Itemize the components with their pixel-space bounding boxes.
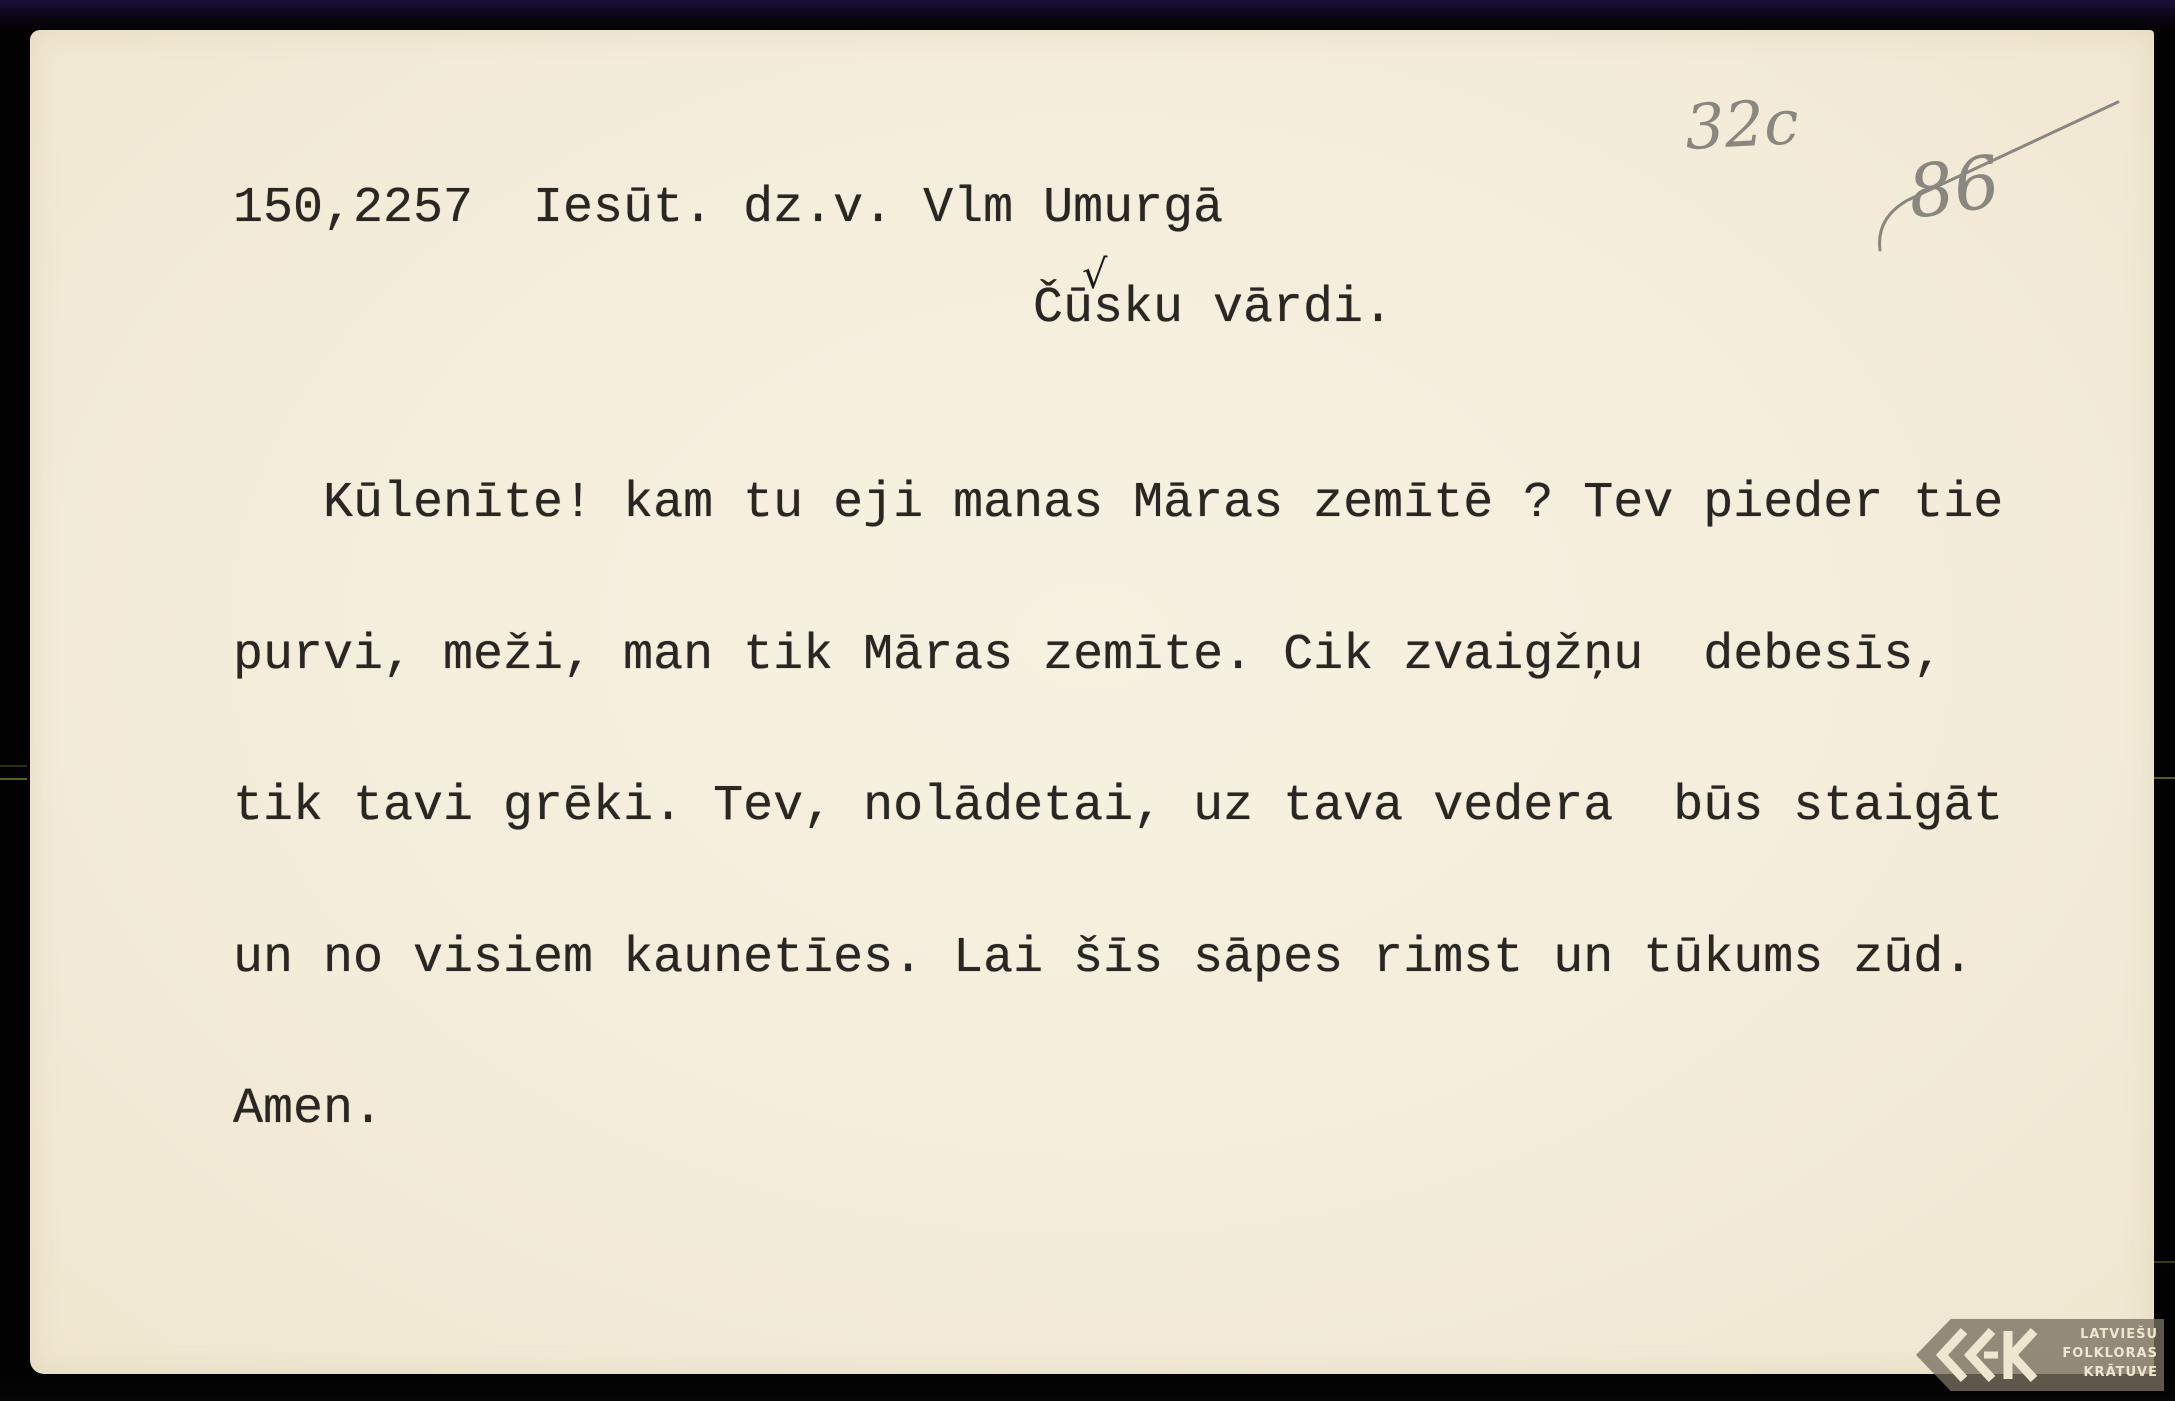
body-line: tik tavi grēki. Tev, nolādetai, uz tava … [233,782,2003,833]
body-line: un no visiem kaunetīes. Lai šīs sāpes ri… [233,934,2003,985]
lfk-logo-text: LATVIEŠU FOLKLORAS KRĀTUVE [2062,1325,2158,1382]
scan-artifact [2153,777,2175,779]
card-title: Čūsku vārdi. [1033,280,1393,337]
body-line: Amen. [233,1085,2003,1136]
card-body-text: Kūlenīte! kam tu eji manas Māras zemītē … [233,378,2003,1237]
card-header-reference: 150,2257 Iesūt. dz.v. Vlm Umurgā [233,180,1223,237]
scan-artifact [2153,1261,2175,1263]
logo-text-line: FOLKLORAS [2062,1344,2158,1363]
scan-artifact [0,765,27,767]
scanned-card-viewer: 150,2257 Iesūt. dz.v. Vlm Umurgā √ Čūsku… [0,0,2175,1401]
body-line: purvi, meži, man tik Māras zemīte. Cik z… [233,631,2003,682]
logo-text-line: LATVIEŠU [2062,1325,2158,1344]
pencil-strike-line [1868,90,2128,270]
lfk-watermark-logo: LATVIEŠU FOLKLORAS KRĀTUVE [1916,1319,2164,1391]
body-line: Kūlenīte! kam tu eji manas Māras zemītē … [233,479,2003,530]
logo-text-line: KRĀTUVE [2062,1363,2158,1382]
archive-card: 150,2257 Iesūt. dz.v. Vlm Umurgā √ Čūsku… [30,30,2154,1374]
scan-artifact [0,778,27,780]
lfk-logo-icon [1934,1325,2054,1385]
pencil-archive-code: 32c [1683,85,1800,164]
